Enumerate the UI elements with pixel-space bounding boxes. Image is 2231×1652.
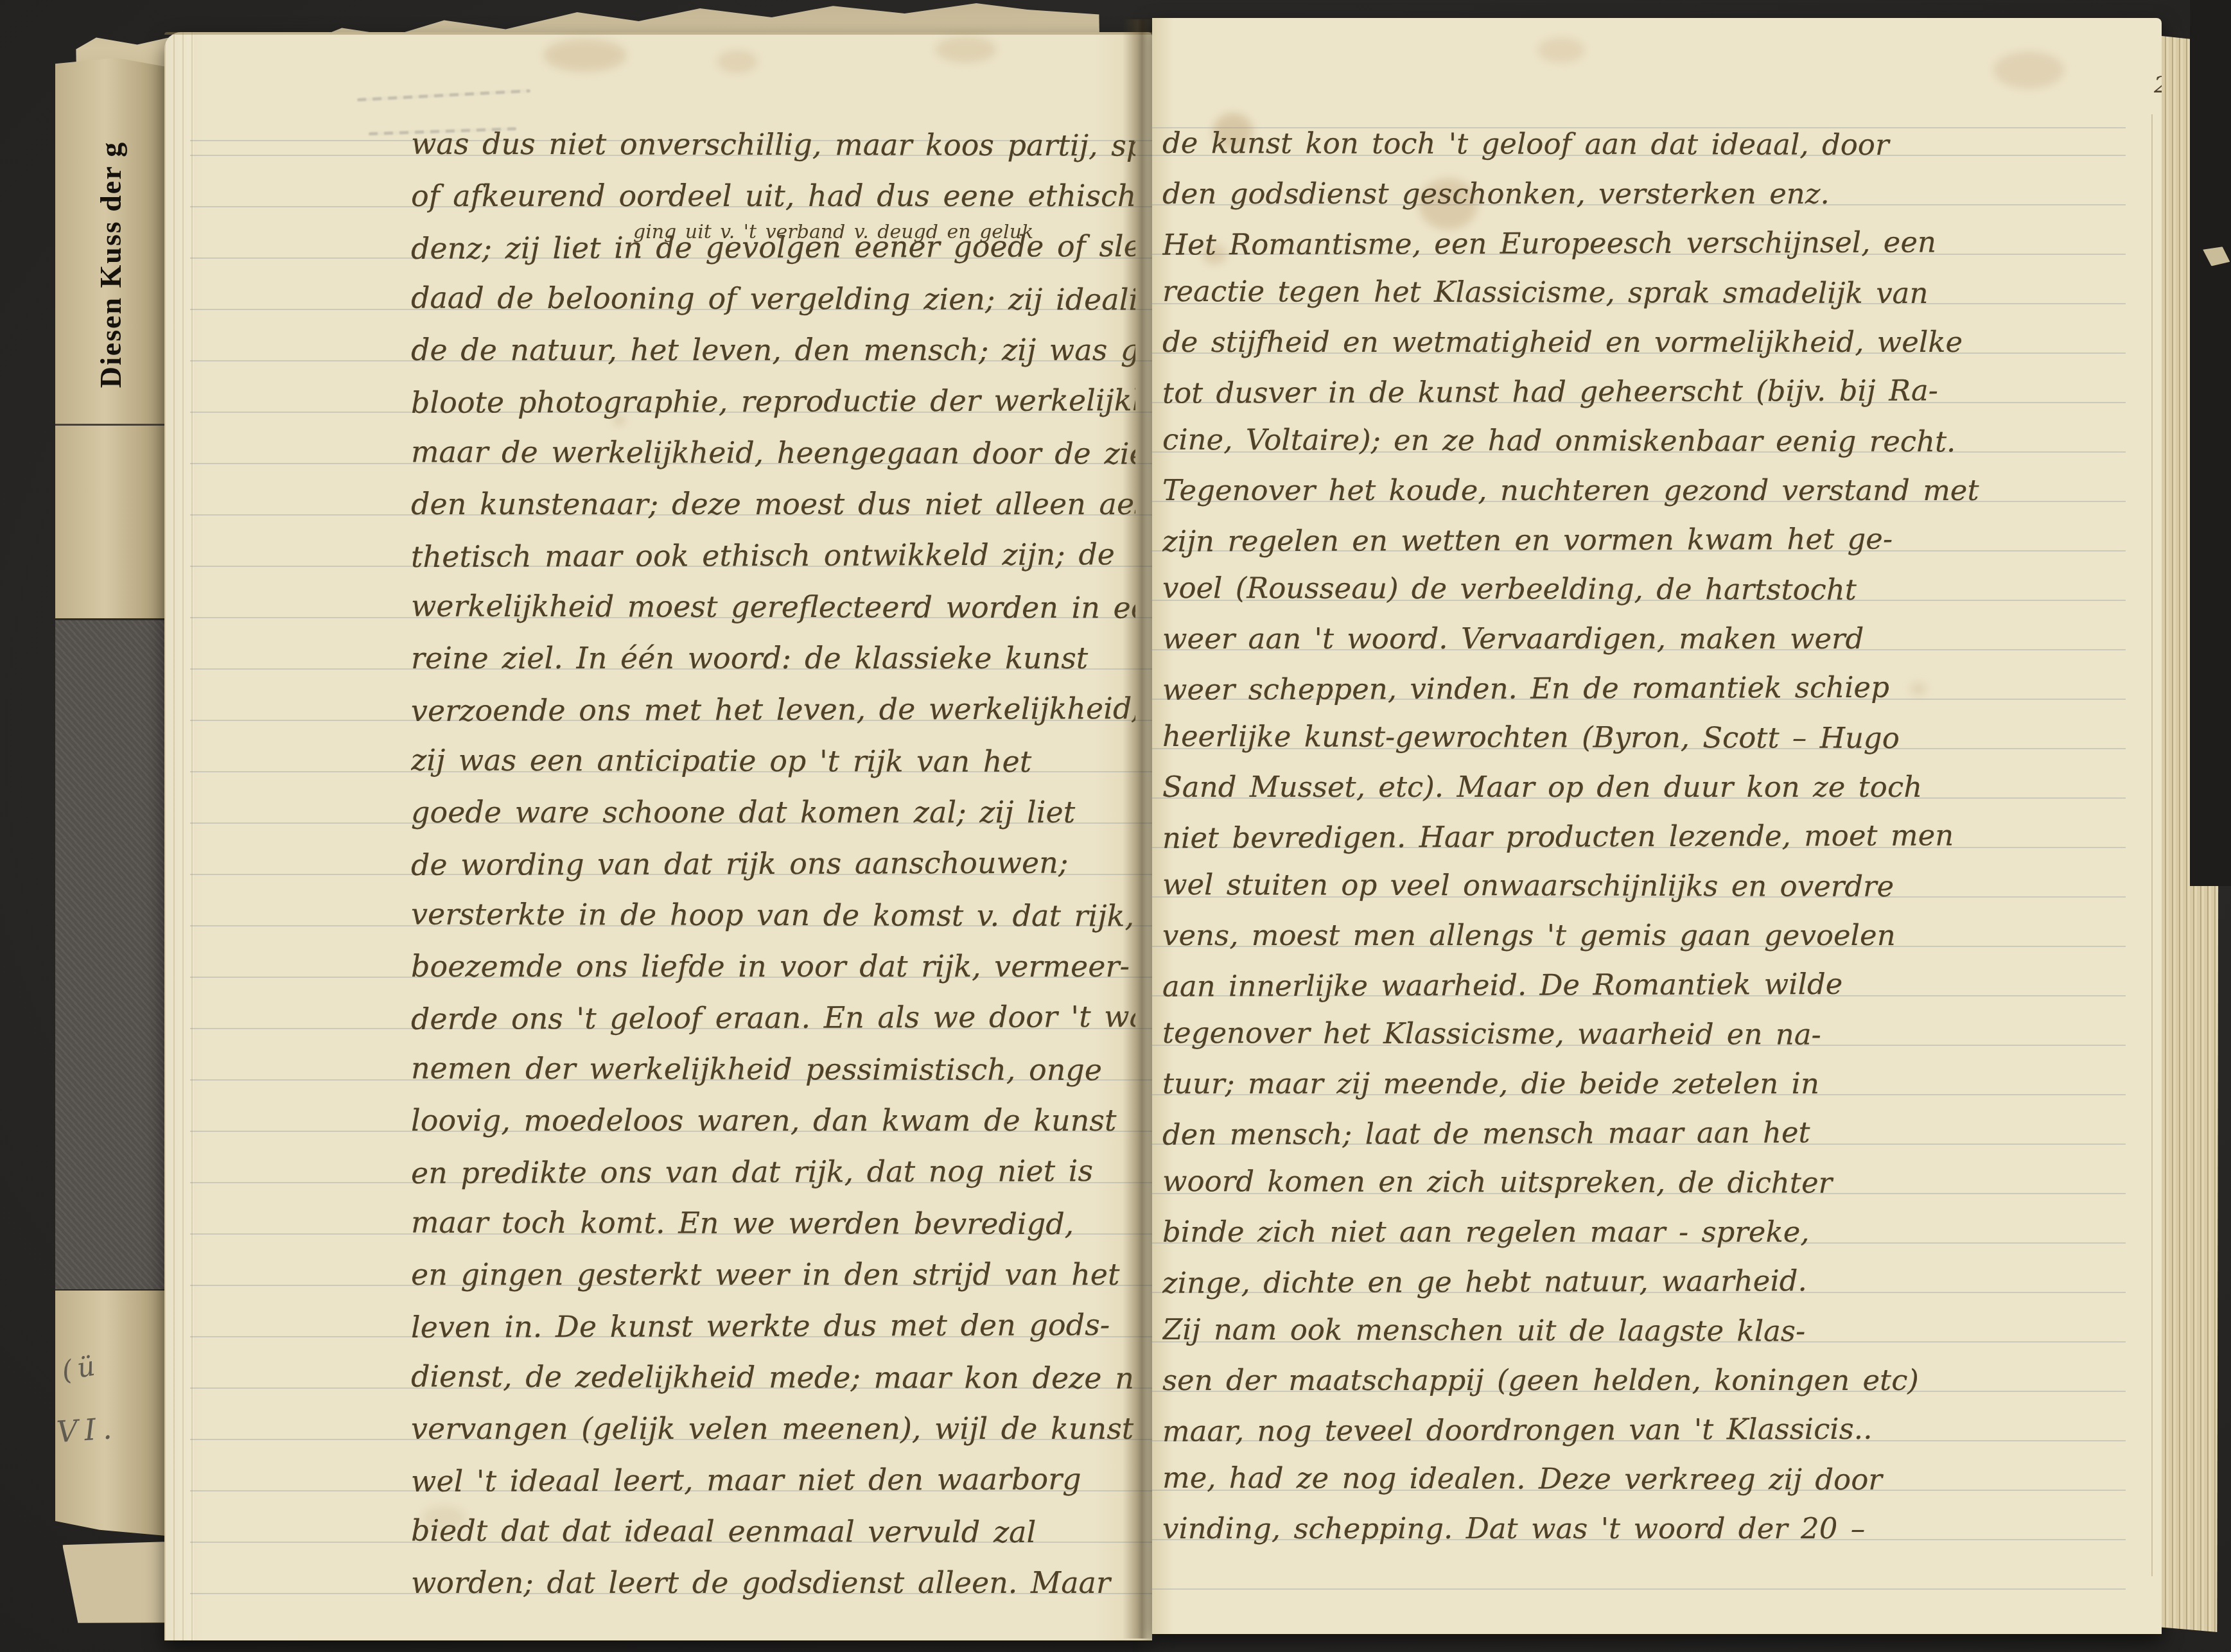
- manuscript-line: voel (Rousseau) de verbeelding, de harts…: [1162, 563, 2148, 615]
- strip-divider-line: [55, 424, 166, 426]
- manuscript-line: verzoende ons met het leven, de werkelij…: [411, 683, 1135, 736]
- foxing-stain: [1993, 51, 2064, 89]
- manuscript-line: den kunstenaar; deze moest dus niet alle…: [411, 478, 1135, 530]
- manuscript-line: goede ware schoone dat komen zal; zij li…: [411, 787, 1135, 838]
- manuscript-line: maar toch komt. En we werden bevredigd,: [411, 1197, 1135, 1250]
- manuscript-text-right: de kunst kon toch 't geloof aan dat idea…: [1162, 119, 2148, 1561]
- foxing-stain: [543, 39, 627, 72]
- manuscript-line: vervangen (gelijk velen meenen), wijl de…: [411, 1403, 1135, 1454]
- strip-handwritten-mark: (ü: [59, 1349, 102, 1387]
- strip-handwritten-mark: VI.: [55, 1411, 119, 1450]
- manuscript-line: loovig, moedeloos waren, dan kwam de kun…: [411, 1095, 1135, 1146]
- manuscript-line: vens, moest men allengs 't gemis gaan ge…: [1162, 910, 2148, 960]
- manuscript-line: de de natuur, het leven, den mensch; zij…: [411, 324, 1135, 376]
- manuscript-line: de kunst kon toch 't geloof aan dat idea…: [1162, 119, 2148, 170]
- manuscript-line: wel stuiten op veel onwaarschijnlijks en…: [1162, 860, 2148, 912]
- manuscript-line: en predikte ons van dat rijk, dat nog ni…: [411, 1145, 1135, 1199]
- manuscript-line: nemen der werkelijkheid pessimistisch, o…: [411, 1043, 1135, 1096]
- manuscript-line: Het Romantisme, een Europeesch verschijn…: [1162, 216, 2148, 269]
- manuscript-line: weer scheppen, vinden. En de romantiek s…: [1162, 661, 2148, 714]
- foxing-stain: [1537, 37, 1585, 63]
- manuscript-line: woord komen en zich uitspreken, de dicht…: [1162, 1156, 2148, 1208]
- manuscript-line: de stijfheid en wetmatigheid en vormelij…: [1162, 317, 2148, 367]
- manuscript-line: leven in. De kunst werkte dus met den go…: [411, 1299, 1135, 1353]
- manuscript-line: tot dusver in de kunst had geheerscht (b…: [1162, 365, 2148, 417]
- right-page: 2 de kunst kon toch 't geloof aan dat id…: [1152, 18, 2162, 1634]
- manuscript-line: reine ziel. In één woord: de klassieke k…: [411, 632, 1135, 684]
- left-page: was dus niet onverschillig, maar koos pa…: [164, 32, 1152, 1640]
- manuscript-line: Zij nam ook menschen uit de laagste klas…: [1162, 1305, 2148, 1357]
- manuscript-line: binde zich niet aan regelen maar - sprek…: [1162, 1207, 2148, 1256]
- printed-vertical-text: Diesen Kuss der g: [94, 141, 128, 388]
- manuscript-line: wel 't ideaal leert, maar niet den waarb…: [411, 1453, 1135, 1507]
- strip-dark-band: [55, 618, 166, 1291]
- manuscript-line: bloote photographie, reproductie der wer…: [411, 374, 1135, 428]
- manuscript-text-left: was dus niet onverschillig, maar koos pa…: [411, 119, 1135, 1615]
- manuscript-line: boezemde ons liefde in voor dat rijk, ve…: [411, 941, 1135, 992]
- manuscript-line: tuur; maar zij meende, die beide zetelen…: [1162, 1059, 2148, 1108]
- manuscript-line: of afkeurend oordeel uit, had dus eene e…: [411, 170, 1135, 222]
- manuscript-line: biedt dat dat ideaal eenmaal vervuld zal: [411, 1505, 1135, 1558]
- manuscript-line: dienst, de zedelijkheid mede; maar kon d…: [411, 1351, 1135, 1404]
- manuscript-line: den mensch; laat de mensch maar aan het: [1162, 1106, 2148, 1159]
- manuscript-line: worden; dat leert de godsdienst alleen. …: [411, 1557, 1135, 1608]
- foxing-stain: [935, 36, 997, 63]
- manuscript-line: niet bevredigen. Haar producten lezende,…: [1162, 810, 2148, 862]
- page-crease-line: [2151, 114, 2153, 1576]
- manuscript-line: sen der maatschappij (geen helden, konin…: [1162, 1355, 2148, 1405]
- manuscript-line: den godsdienst geschonken, versterken en…: [1162, 169, 2148, 218]
- manuscript-line: thetisch maar ook ethisch ontwikkeld zij…: [411, 528, 1135, 582]
- interlinear-insertion: ging uit v. 't verband v. deugd en geluk: [633, 221, 1033, 243]
- manuscript-line: Sand Musset, etc). Maar op den duur kon …: [1162, 762, 2148, 812]
- manuscript-line: vinding, schepping. Dat was 't woord der…: [1162, 1504, 2148, 1553]
- notebook-scan: schi maar met handhuis van de grense and…: [0, 0, 2231, 1652]
- manuscript-line: tegenover het Klassicisme, waarheid en n…: [1162, 1008, 2148, 1060]
- manuscript-line: daad de belooning of vergelding zien; zi…: [411, 272, 1135, 326]
- manuscript-line: maar de werkelijkheid, heengegaan door d…: [411, 426, 1135, 480]
- faint-pencil-note: [357, 89, 530, 101]
- manuscript-line: was dus niet onverschillig, maar koos pa…: [411, 119, 1135, 171]
- manuscript-line: en gingen gesterkt weer in den strijd va…: [411, 1249, 1135, 1300]
- left-page-edge-strip: Diesen Kuss der g (ü VI.: [55, 58, 166, 1536]
- manuscript-line: de wording van dat rijk ons aanschouwen;: [411, 837, 1135, 891]
- manuscript-line: werkelijkheid moest gereflecteerd worden…: [411, 580, 1135, 634]
- manuscript-line: zijn regelen en wetten en vormen kwam he…: [1162, 513, 2148, 566]
- manuscript-line: maar, nog teveel doordrongen van 't Klas…: [1162, 1403, 2148, 1456]
- foxing-stain: [717, 50, 758, 73]
- manuscript-line: me, had ze nog idealen. Deze verkreeg zi…: [1162, 1453, 2148, 1505]
- gutter-shadow: [1123, 19, 1156, 1639]
- manuscript-line: Tegenover het koude, nuchteren gezond ve…: [1162, 465, 2148, 515]
- manuscript-line: zinge, dichte en ge hebt natuur, waarhei…: [1162, 1255, 2148, 1307]
- manuscript-line: zij was een anticipatie op 't rijk van h…: [411, 735, 1135, 788]
- manuscript-line: versterkte in de hoop van de komst v. da…: [411, 889, 1135, 942]
- manuscript-line: heerlijke kunst-gewrochten (Byron, Scott…: [1162, 711, 2148, 763]
- manuscript-line: derde ons 't geloof eraan. En als we doo…: [411, 991, 1135, 1045]
- manuscript-line: weer aan 't woord. Vervaardigen, maken w…: [1162, 614, 2148, 663]
- manuscript-line: cine, Voltaire); en ze had onmiskenbaar …: [1162, 415, 2148, 467]
- cover-corner-top-right: [2190, 0, 2231, 886]
- manuscript-line: reactie tegen het Klassicisme, sprak sma…: [1162, 266, 2148, 318]
- manuscript-line: aan innerlijke waarheid. De Romantiek wi…: [1162, 958, 2148, 1011]
